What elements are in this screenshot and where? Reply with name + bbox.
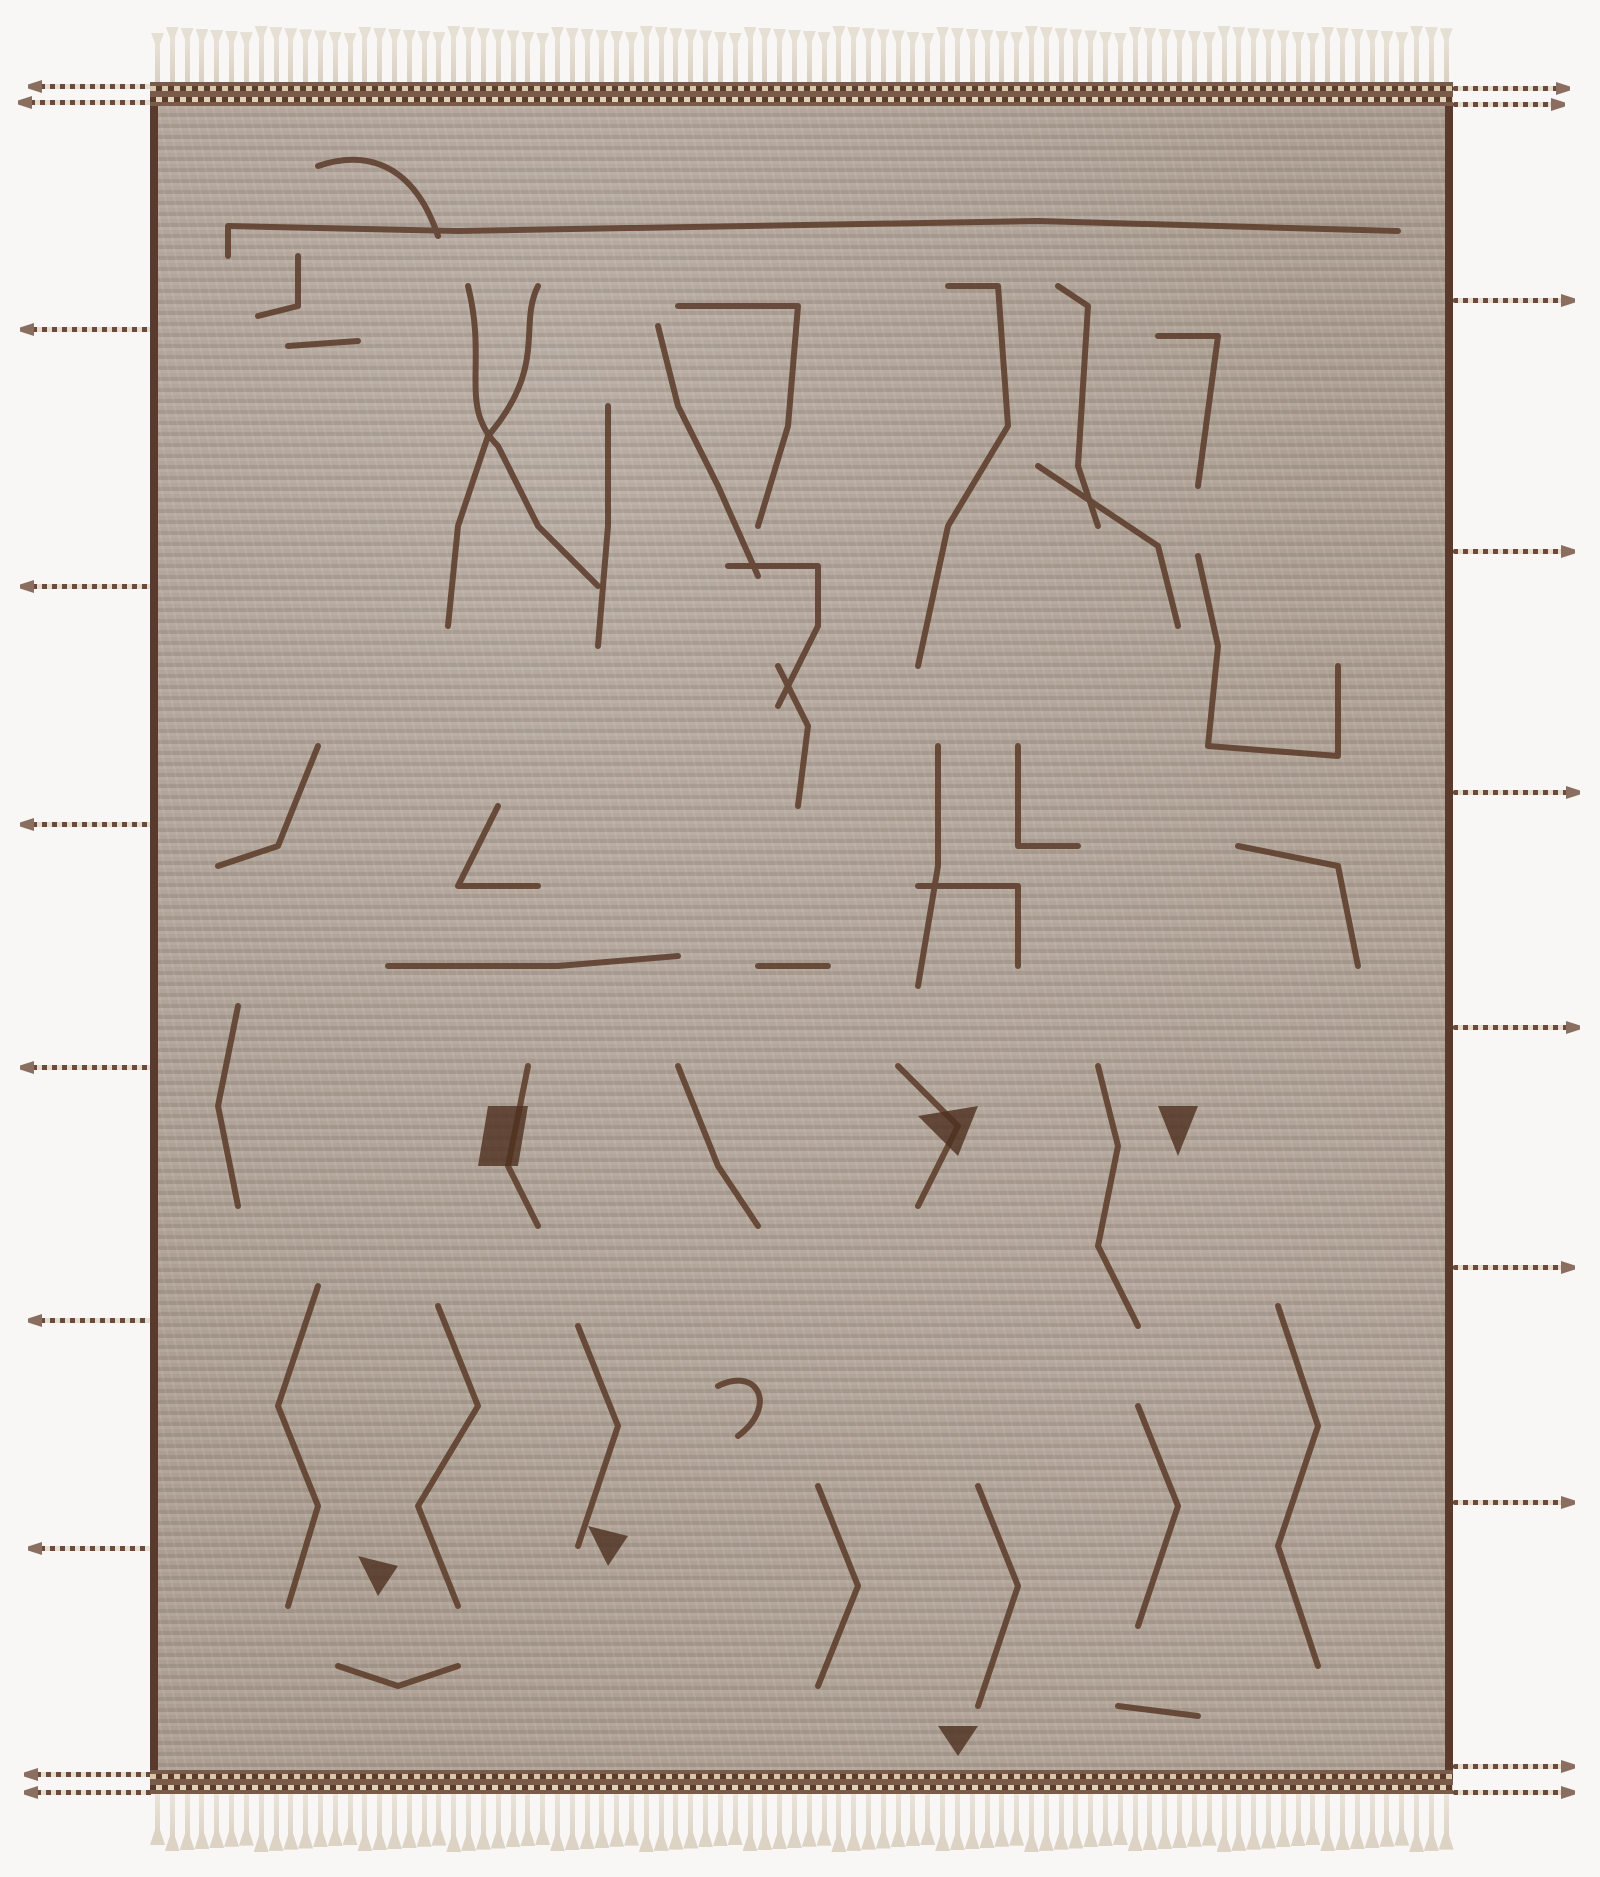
fringe-strand (1073, 31, 1078, 84)
fringe-strand (1370, 32, 1375, 84)
fringe-strand (703, 1792, 708, 1845)
fringe-strand (970, 31, 975, 84)
fringe-strand (629, 34, 634, 84)
fringe-strand (807, 33, 812, 84)
fringe-strand (585, 1792, 590, 1847)
fringe-strand (1103, 1792, 1108, 1844)
fringe-strand (436, 1792, 441, 1844)
fringe-strand (1177, 1792, 1182, 1846)
fringe-strand (733, 1792, 738, 1843)
fringe-strand (244, 1792, 249, 1844)
fringe-strand (259, 1792, 264, 1850)
fringe-strand (1296, 1792, 1301, 1844)
fringe-strand (599, 1792, 604, 1846)
fringe-strand (170, 29, 175, 84)
fringe-strand (155, 35, 160, 84)
fringe-strand (229, 1792, 234, 1845)
corner-tassel (1453, 86, 1558, 91)
fringe-strand (599, 32, 604, 84)
fringe-strand (1162, 1792, 1167, 1847)
fringe-strand (362, 1792, 367, 1849)
side-tassel (1453, 790, 1568, 795)
fringe-strand (1059, 30, 1064, 84)
fringe-strand (999, 1792, 1004, 1845)
fringe-strand (1014, 34, 1019, 84)
fringe-strand (1325, 29, 1330, 84)
fringe-strand (896, 32, 901, 84)
fringe-strand (1429, 29, 1434, 84)
fringe-strand (1073, 1792, 1078, 1847)
corner-tassel (1453, 1790, 1563, 1795)
fringe-strand (214, 1792, 219, 1846)
side-tassel (32, 584, 152, 589)
fringe-strand (244, 34, 249, 84)
fringe-strand (155, 1792, 160, 1843)
fringe-strand (777, 31, 782, 84)
fringe-strand (822, 1792, 827, 1844)
fringe-strand (422, 1792, 427, 1845)
fringe-strand (1325, 1792, 1330, 1849)
fringe-strand (851, 29, 856, 84)
fringe-strand (481, 30, 486, 84)
side-tassel (40, 1546, 152, 1551)
fringe-strand (377, 30, 382, 84)
fringe-strand (985, 1792, 990, 1846)
fringe-strand (199, 31, 204, 84)
fringe-strand (525, 34, 530, 84)
fringe-strand (466, 29, 471, 84)
fringe-strand (896, 1792, 901, 1845)
fringe-strand (836, 28, 841, 84)
fringe-strand (644, 1792, 649, 1850)
corner-tassel (1453, 102, 1553, 107)
fringe-strand (659, 1792, 664, 1849)
corner-tassel (30, 100, 152, 105)
fringe-strand (303, 1792, 308, 1847)
fringe-strand (1162, 31, 1167, 84)
fringe-strand (348, 1792, 353, 1843)
fringe-strand (318, 1792, 323, 1845)
fringe-strand (377, 1792, 382, 1848)
fringe-strand (836, 1792, 841, 1850)
fringe-strand (288, 1792, 293, 1848)
top-fringe (155, 28, 1450, 84)
fringe-strand (910, 34, 915, 84)
fringe-strand (1444, 30, 1449, 84)
fringe-strand (1414, 28, 1419, 84)
fringe-strand (673, 1792, 678, 1848)
fringe-strand (555, 1792, 560, 1849)
fringe-strand (1147, 30, 1152, 84)
top-woven-band (150, 82, 1453, 106)
fringe-strand (525, 1792, 530, 1844)
fringe-strand (703, 32, 708, 84)
fringe-strand (748, 29, 753, 84)
fringe-strand (451, 1792, 456, 1850)
fringe-strand (1192, 1792, 1197, 1845)
fringe-strand (1281, 1792, 1286, 1845)
fringe-strand (585, 31, 590, 84)
fringe-strand (807, 1792, 812, 1845)
fringe-strand (229, 33, 234, 84)
fringe-strand (985, 32, 990, 84)
fringe-strand (792, 32, 797, 84)
fringe-strand (614, 33, 619, 84)
fringe-strand (1384, 1792, 1389, 1845)
fringe-strand (1207, 1792, 1212, 1844)
side-tassel (32, 822, 152, 827)
side-tassel (1453, 549, 1563, 554)
fringe-strand (214, 32, 219, 84)
fringe-strand (1414, 1792, 1419, 1850)
rug-product-photo (0, 0, 1600, 1877)
fringe-strand (1399, 34, 1404, 84)
fringe-strand (881, 1792, 886, 1847)
fringe-strand (1236, 29, 1241, 84)
fringe-strand (1103, 34, 1108, 84)
fringe-strand (688, 31, 693, 84)
fringe-strand (1355, 31, 1360, 84)
fringe-strand (259, 28, 264, 84)
fringe-strand (318, 32, 323, 84)
fringe-strand (1384, 33, 1389, 84)
fringe-strand (348, 35, 353, 84)
fringe-strand (1044, 1792, 1049, 1849)
fringe-strand (274, 1792, 279, 1849)
fringe-strand (407, 1792, 412, 1846)
fringe-strand (1251, 30, 1256, 84)
fringe-strand (673, 30, 678, 84)
fringe-strand (1088, 32, 1093, 84)
bottom-fringe (155, 1792, 1450, 1850)
fringe-strand (614, 1792, 619, 1845)
fringe-strand (511, 1792, 516, 1845)
fringe-strand (955, 1792, 960, 1848)
fringe-strand (762, 30, 767, 84)
side-tassel (1453, 298, 1563, 303)
fringe-strand (1310, 35, 1315, 84)
fringe-strand (333, 1792, 338, 1844)
fringe-strand (940, 29, 945, 84)
side-tassel (1453, 1025, 1568, 1030)
side-tassel (32, 327, 152, 332)
fringe-strand (1088, 1792, 1093, 1845)
fringe-strand (185, 1792, 190, 1848)
fringe-strand (1266, 1792, 1271, 1847)
fringe-strand (1059, 1792, 1064, 1848)
fringe-strand (910, 1792, 915, 1844)
fringe-strand (1029, 28, 1034, 84)
fringe-strand (718, 1792, 723, 1844)
side-tassel (1453, 1500, 1563, 1505)
fringe-strand (748, 1792, 753, 1849)
fringe-strand (422, 33, 427, 84)
fringe-strand (822, 34, 827, 84)
fringe-strand (1147, 1792, 1152, 1848)
rug-body (150, 82, 1453, 1794)
fringe-strand (999, 33, 1004, 84)
corner-tassel (1453, 1764, 1563, 1769)
fringe-strand (451, 28, 456, 84)
fringe-strand (1118, 1792, 1123, 1843)
fringe-strand (496, 1792, 501, 1847)
fringe-strand (511, 32, 516, 84)
corner-tassel (36, 1790, 152, 1795)
fringe-strand (1310, 1792, 1315, 1843)
fringe-strand (881, 31, 886, 84)
fringe-strand (1236, 1792, 1241, 1849)
fringe-strand (392, 31, 397, 84)
fringe-strand (629, 1792, 634, 1844)
corner-tassel (40, 84, 152, 89)
fringe-strand (1014, 1792, 1019, 1844)
fringe-strand (1029, 1792, 1034, 1850)
fringe-strand (185, 30, 190, 84)
fringe-strand (792, 1792, 797, 1846)
fringe-strand (570, 1792, 575, 1848)
fringe-strand (199, 1792, 204, 1847)
fringe-strand (1340, 30, 1345, 84)
fringe-strand (288, 30, 293, 84)
fringe-strand (540, 35, 545, 84)
fringe-strand (644, 28, 649, 84)
fringe-strand (955, 30, 960, 84)
motif-pattern (158, 106, 1445, 1770)
corner-tassel (36, 1772, 152, 1777)
fringe-strand (925, 35, 930, 84)
side-tassel (40, 1318, 152, 1323)
fringe-strand (274, 29, 279, 84)
fringe-strand (362, 29, 367, 84)
fringe-strand (170, 1792, 175, 1849)
fringe-strand (1133, 29, 1138, 84)
fringe-strand (303, 31, 308, 84)
fringe-strand (555, 29, 560, 84)
fringe-strand (925, 1792, 930, 1843)
rug-pile (158, 106, 1445, 1770)
side-tassel (1453, 1265, 1563, 1270)
fringe-strand (1429, 1792, 1434, 1849)
fringe-strand (496, 31, 501, 84)
fringe-strand (1044, 29, 1049, 84)
fringe-strand (1222, 1792, 1227, 1850)
fringe-strand (1399, 1792, 1404, 1844)
fringe-strand (733, 35, 738, 84)
fringe-strand (570, 30, 575, 84)
fringe-strand (1444, 1792, 1449, 1848)
fringe-strand (1355, 1792, 1360, 1847)
fringe-strand (407, 32, 412, 84)
fringe-strand (866, 1792, 871, 1848)
fringe-strand (1340, 1792, 1345, 1848)
fringe-strand (481, 1792, 486, 1848)
fringe-strand (1222, 28, 1227, 84)
fringe-strand (762, 1792, 767, 1848)
fringe-strand (333, 34, 338, 84)
fringe-strand (777, 1792, 782, 1847)
fringe-strand (970, 1792, 975, 1847)
fringe-strand (1370, 1792, 1375, 1846)
fringe-strand (1192, 33, 1197, 84)
fringe-strand (1118, 35, 1123, 84)
fringe-strand (659, 29, 664, 84)
fringe-strand (1133, 1792, 1138, 1849)
bottom-woven-band (150, 1770, 1453, 1794)
fringe-strand (1207, 34, 1212, 84)
fringe-strand (851, 1792, 856, 1849)
fringe-strand (1296, 34, 1301, 84)
fringe-strand (1177, 32, 1182, 84)
fringe-strand (392, 1792, 397, 1847)
fringe-strand (1251, 1792, 1256, 1848)
fringe-strand (718, 34, 723, 84)
side-tassel (32, 1065, 152, 1070)
fringe-strand (466, 1792, 471, 1849)
fringe-strand (866, 30, 871, 84)
fringe-strand (688, 1792, 693, 1847)
fringe-strand (1266, 31, 1271, 84)
fringe-strand (436, 34, 441, 84)
fringe-strand (940, 1792, 945, 1849)
fringe-strand (1281, 32, 1286, 84)
fringe-strand (540, 1792, 545, 1843)
